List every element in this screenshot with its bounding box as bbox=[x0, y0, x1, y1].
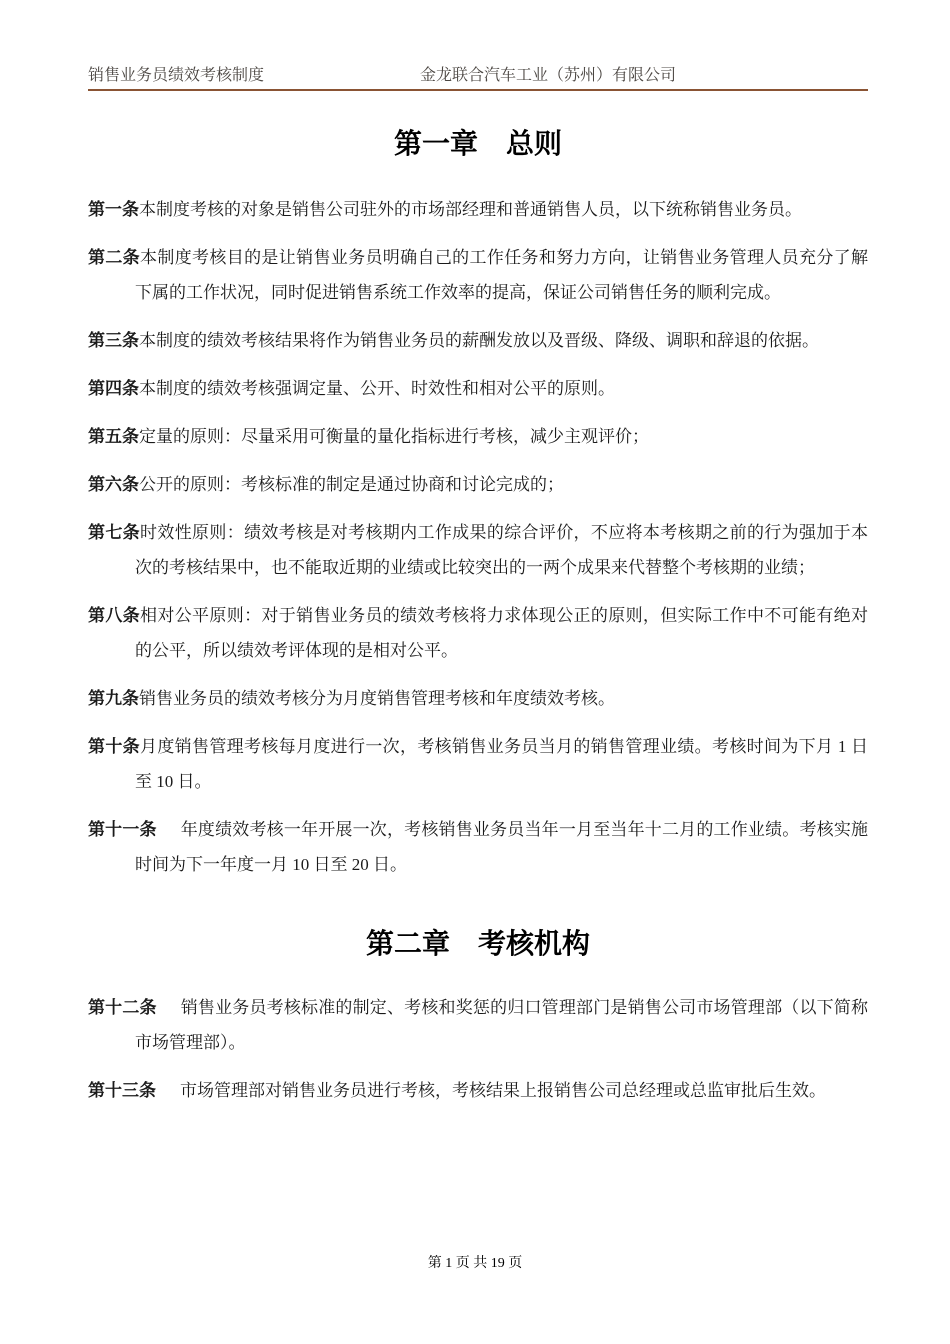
article-9-label: 第九条 bbox=[88, 689, 139, 708]
document-page: 销售业务员绩效考核制度 金龙联合汽车工业（苏州）有限公司 第一章 总则 第一条本… bbox=[0, 0, 950, 1344]
article-13-text: 市场管理部对销售业务员进行考核，考核结果上报销售公司总经理或总监审批后生效。 bbox=[180, 1081, 826, 1100]
article-4: 第四条本制度的绩效考核强调定量、公开、时效性和相对公平的原则。 bbox=[88, 371, 868, 406]
page-number: 第 1 页 共 19 页 bbox=[428, 1256, 523, 1271]
article-6-label: 第六条 bbox=[88, 475, 139, 494]
article-13-label: 第十三条 bbox=[88, 1081, 156, 1100]
article-2-text: 本制度考核目的是让销售业务员明确自己的工作任务和努力方向，让销售业务管理人员充分… bbox=[135, 248, 868, 302]
article-3: 第三条本制度的绩效考核结果将作为销售业务员的薪酬发放以及晋级、降级、调职和辞退的… bbox=[88, 323, 868, 358]
chapter-1-title: 第一章 总则 bbox=[88, 126, 868, 164]
article-1-text: 本制度考核的对象是销售公司驻外的市场部经理和普通销售人员，以下统称销售业务员。 bbox=[139, 200, 802, 219]
article-7-text: 时效性原则：绩效考核是对考核期内工作成果的综合评价，不应将本考核期之前的行为强加… bbox=[135, 523, 868, 577]
article-12: 第十二条销售业务员考核标准的制定、考核和奖惩的归口管理部门是销售公司市场管理部（… bbox=[88, 990, 868, 1060]
article-5-label: 第五条 bbox=[88, 427, 139, 446]
article-3-text: 本制度的绩效考核结果将作为销售业务员的薪酬发放以及晋级、降级、调职和辞退的依据。 bbox=[139, 331, 819, 350]
article-10-label: 第十条 bbox=[88, 737, 140, 756]
article-13: 第十三条市场管理部对销售业务员进行考核，考核结果上报销售公司总经理或总监审批后生… bbox=[88, 1073, 868, 1108]
article-9: 第九条销售业务员的绩效考核分为月度销售管理考核和年度绩效考核。 bbox=[88, 681, 868, 716]
article-7: 第七条时效性原则：绩效考核是对考核期内工作成果的综合评价，不应将本考核期之前的行… bbox=[88, 515, 868, 585]
article-11-label: 第十一条 bbox=[88, 820, 157, 839]
page-header: 销售业务员绩效考核制度 金龙联合汽车工业（苏州）有限公司 bbox=[88, 62, 868, 91]
article-6: 第六条公开的原则：考核标准的制定是通过协商和讨论完成的； bbox=[88, 467, 868, 502]
article-9-text: 销售业务员的绩效考核分为月度销售管理考核和年度绩效考核。 bbox=[139, 689, 615, 708]
article-2-label: 第二条 bbox=[88, 248, 140, 267]
article-11-text: 年度绩效考核一年开展一次，考核销售业务员当年一月至当年十二月的工作业绩。考核实施… bbox=[135, 820, 868, 874]
article-6-text: 公开的原则：考核标准的制定是通过协商和讨论完成的； bbox=[139, 475, 564, 494]
article-5: 第五条定量的原则：尽量采用可衡量的量化指标进行考核，减少主观评价； bbox=[88, 419, 868, 454]
article-4-text: 本制度的绩效考核强调定量、公开、时效性和相对公平的原则。 bbox=[139, 379, 615, 398]
article-1-label: 第一条 bbox=[88, 200, 139, 219]
article-11: 第十一条年度绩效考核一年开展一次，考核销售业务员当年一月至当年十二月的工作业绩。… bbox=[88, 812, 868, 882]
article-1: 第一条本制度考核的对象是销售公司驻外的市场部经理和普通销售人员，以下统称销售业务… bbox=[88, 192, 868, 227]
article-4-label: 第四条 bbox=[88, 379, 139, 398]
header-company-name: 金龙联合汽车工业（苏州）有限公司 bbox=[420, 62, 676, 85]
document-body: 第一章 总则 第一条本制度考核的对象是销售公司驻外的市场部经理和普通销售人员，以… bbox=[88, 90, 868, 1121]
article-10-text: 月度销售管理考核每月度进行一次，考核销售业务员当月的销售管理业绩。考核时间为下月… bbox=[135, 737, 868, 791]
article-8-label: 第八条 bbox=[88, 606, 140, 625]
article-2: 第二条本制度考核目的是让销售业务员明确自己的工作任务和努力方向，让销售业务管理人… bbox=[88, 240, 868, 310]
chapter-2-title: 第二章 考核机构 bbox=[88, 926, 868, 964]
article-12-label: 第十二条 bbox=[88, 998, 157, 1017]
article-7-label: 第七条 bbox=[88, 523, 140, 542]
header-document-title: 销售业务员绩效考核制度 bbox=[88, 62, 264, 85]
page-footer: 第 1 页 共 19 页 bbox=[0, 1252, 950, 1272]
article-3-label: 第三条 bbox=[88, 331, 139, 350]
article-10: 第十条月度销售管理考核每月度进行一次，考核销售业务员当月的销售管理业绩。考核时间… bbox=[88, 729, 868, 799]
article-5-text: 定量的原则：尽量采用可衡量的量化指标进行考核，减少主观评价； bbox=[139, 427, 649, 446]
article-8-text: 相对公平原则：对于销售业务员的绩效考核将力求体现公正的原则，但实际工作中不可能有… bbox=[135, 606, 868, 660]
article-12-text: 销售业务员考核标准的制定、考核和奖惩的归口管理部门是销售公司市场管理部（以下简称… bbox=[135, 998, 868, 1052]
article-8: 第八条相对公平原则：对于销售业务员的绩效考核将力求体现公正的原则，但实际工作中不… bbox=[88, 598, 868, 668]
